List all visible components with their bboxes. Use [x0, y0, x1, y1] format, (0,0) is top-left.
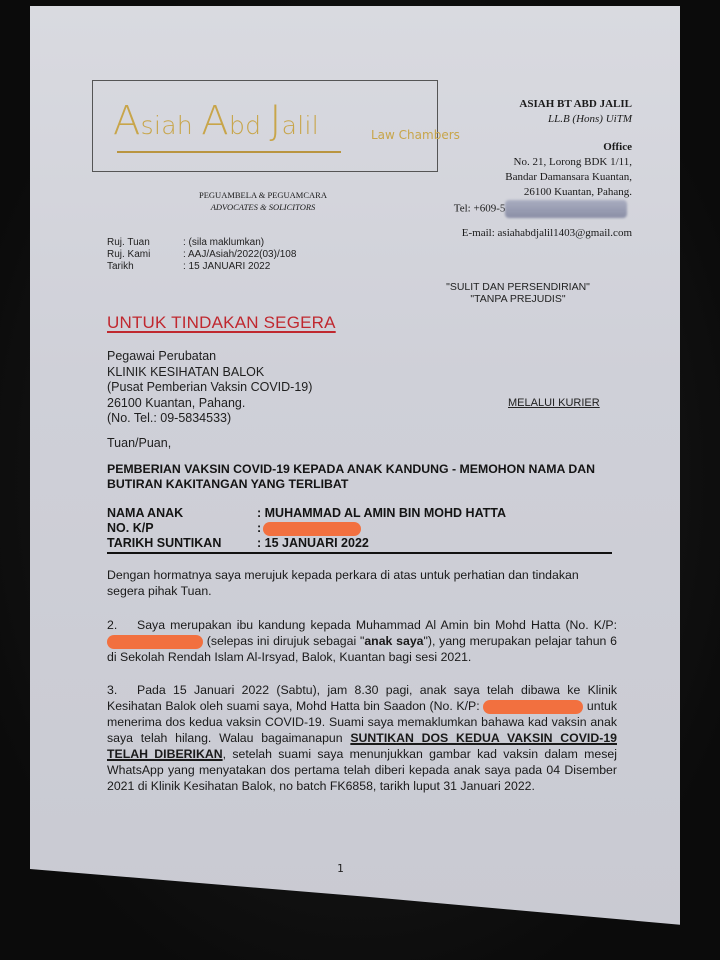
ic-number-redaction — [107, 635, 203, 649]
detail-label: NO. K/P — [107, 521, 257, 536]
detail-label: TARIKH SUNTIKAN — [107, 536, 257, 551]
telephone-prefix: Tel: +609-5 — [454, 203, 506, 215]
paragraph-2: 2.Saya merupakan ibu kandung kepada Muha… — [107, 617, 617, 665]
detail-value: : MUHAMMAD AL AMIN BIN MOHD HATTA — [257, 506, 506, 521]
reference-label: Ruj. Tuan — [107, 237, 183, 249]
logo-initial-a2: A — [201, 98, 229, 144]
reference-label: Tarikh — [107, 261, 183, 273]
office-email: E-mail: asiahabdjalil1403@gmail.com — [462, 226, 632, 241]
logo-initial-j: J — [270, 98, 282, 144]
logo-initial-a: A — [113, 98, 141, 144]
child-details: NAMA ANAK: MUHAMMAD AL AMIN BIN MOHD HAT… — [107, 506, 612, 554]
reference-row: Ruj. Kami: AAJ/Asiah/2022(03)/108 — [107, 249, 296, 261]
detail-value: : — [257, 521, 261, 536]
paragraph-3: 3.Pada 15 Januari 2022 (Sabtu), jam 8.30… — [107, 682, 617, 794]
reference-value: : 15 JANUARI 2022 — [183, 261, 296, 273]
logo-suffix: Law Chambers — [371, 128, 460, 142]
delivery-method: MELALUI KURIER — [508, 397, 600, 409]
reference-block: Ruj. Tuan: (sila maklumkan) Ruj. Kami: A… — [107, 237, 296, 273]
ic-number-redaction — [483, 700, 583, 714]
logo-word-bd: bd — [229, 111, 261, 140]
urgent-heading: UNTUK TINDAKAN SEGERA — [107, 313, 336, 333]
paragraph-text: Saya merupakan ibu kandung kepada Muhamm… — [137, 618, 617, 632]
paragraph-text: (selepas ini dirujuk sebagai " — [207, 634, 365, 648]
office-address-line: Bandar Damansara Kuantan, — [462, 170, 632, 185]
sender-details: ASIAH BT ABD JALIL LL.B (Hons) UiTM Offi… — [462, 97, 632, 241]
detail-row: NAMA ANAK: MUHAMMAD AL AMIN BIN MOHD HAT… — [107, 506, 612, 521]
detail-label: NAMA ANAK — [107, 506, 257, 521]
salutation: Tuan/Puan, — [107, 436, 171, 450]
practice-title-malay: PEGUAMBELA & PEGUAMCARA — [178, 189, 348, 201]
paragraph-number: 2. — [107, 617, 137, 633]
logo-word-siah: siah — [141, 111, 193, 140]
confidential-label: "SULIT DAN PERSENDIRIAN" — [428, 281, 608, 293]
detail-row: TARIKH SUNTIKAN: 15 JANUARI 2022 — [107, 536, 612, 551]
sender-qualification: LL.B (Hons) UiTM — [462, 112, 632, 127]
recipient-line: KLINIK KESIHATAN BALOK — [107, 365, 312, 381]
law-chambers-logo: Asiah Abd Jalil Law Chambers — [92, 80, 438, 172]
office-address-line: 26100 Kuantan, Pahang. — [462, 185, 632, 200]
office-label: Office — [462, 140, 632, 155]
reference-label: Ruj. Kami — [107, 249, 183, 261]
detail-value: : 15 JANUARI 2022 — [257, 536, 369, 551]
detail-row: NO. K/P: — [107, 521, 612, 536]
sender-name: ASIAH BT ABD JALIL — [462, 97, 632, 112]
logo-wordmark: Asiah Abd Jalil — [113, 101, 319, 141]
details-divider — [107, 552, 612, 554]
office-telephone: Tel: +609-5 — [454, 200, 632, 218]
ic-number-redaction — [263, 522, 361, 536]
office-address-line: No. 21, Lorong BDK 1/11, — [462, 155, 632, 170]
recipient-line: Pegawai Perubatan — [107, 349, 312, 365]
recipient-line: (No. Tel.: 09-5834533) — [107, 411, 312, 427]
reference-value: : AAJ/Asiah/2022(03)/108 — [183, 249, 296, 261]
reference-row: Tarikh: 15 JANUARI 2022 — [107, 261, 296, 273]
practice-title-english: ADVOCATES & SOLICITORS — [178, 201, 348, 213]
without-prejudice-label: "TANPA PREJUDIS" — [428, 293, 608, 305]
telephone-redaction — [505, 200, 627, 218]
practice-title: PEGUAMBELA & PEGUAMCARA ADVOCATES & SOLI… — [178, 189, 348, 213]
logo-underline — [117, 151, 341, 153]
recipient-line: 26100 Kuantan, Pahang. — [107, 396, 312, 412]
recipient-line: (Pusat Pemberian Vaksin COVID-19) — [107, 380, 312, 396]
subject-heading: PEMBERIAN VAKSIN COVID-19 KEPADA ANAK KA… — [107, 462, 617, 492]
paragraph-number: 3. — [107, 682, 137, 698]
intro-paragraph: Dengan hormatnya saya merujuk kepada per… — [107, 567, 617, 599]
defined-term: anak saya — [364, 634, 423, 648]
reference-value: : (sila maklumkan) — [183, 237, 296, 249]
confidentiality-notice: "SULIT DAN PERSENDIRIAN" "TANPA PREJUDIS… — [428, 281, 608, 305]
logo-word-alil: alil — [282, 111, 319, 140]
reference-row: Ruj. Tuan: (sila maklumkan) — [107, 237, 296, 249]
recipient-address: Pegawai Perubatan KLINIK KESIHATAN BALOK… — [107, 349, 312, 427]
page-number: 1 — [337, 862, 344, 875]
